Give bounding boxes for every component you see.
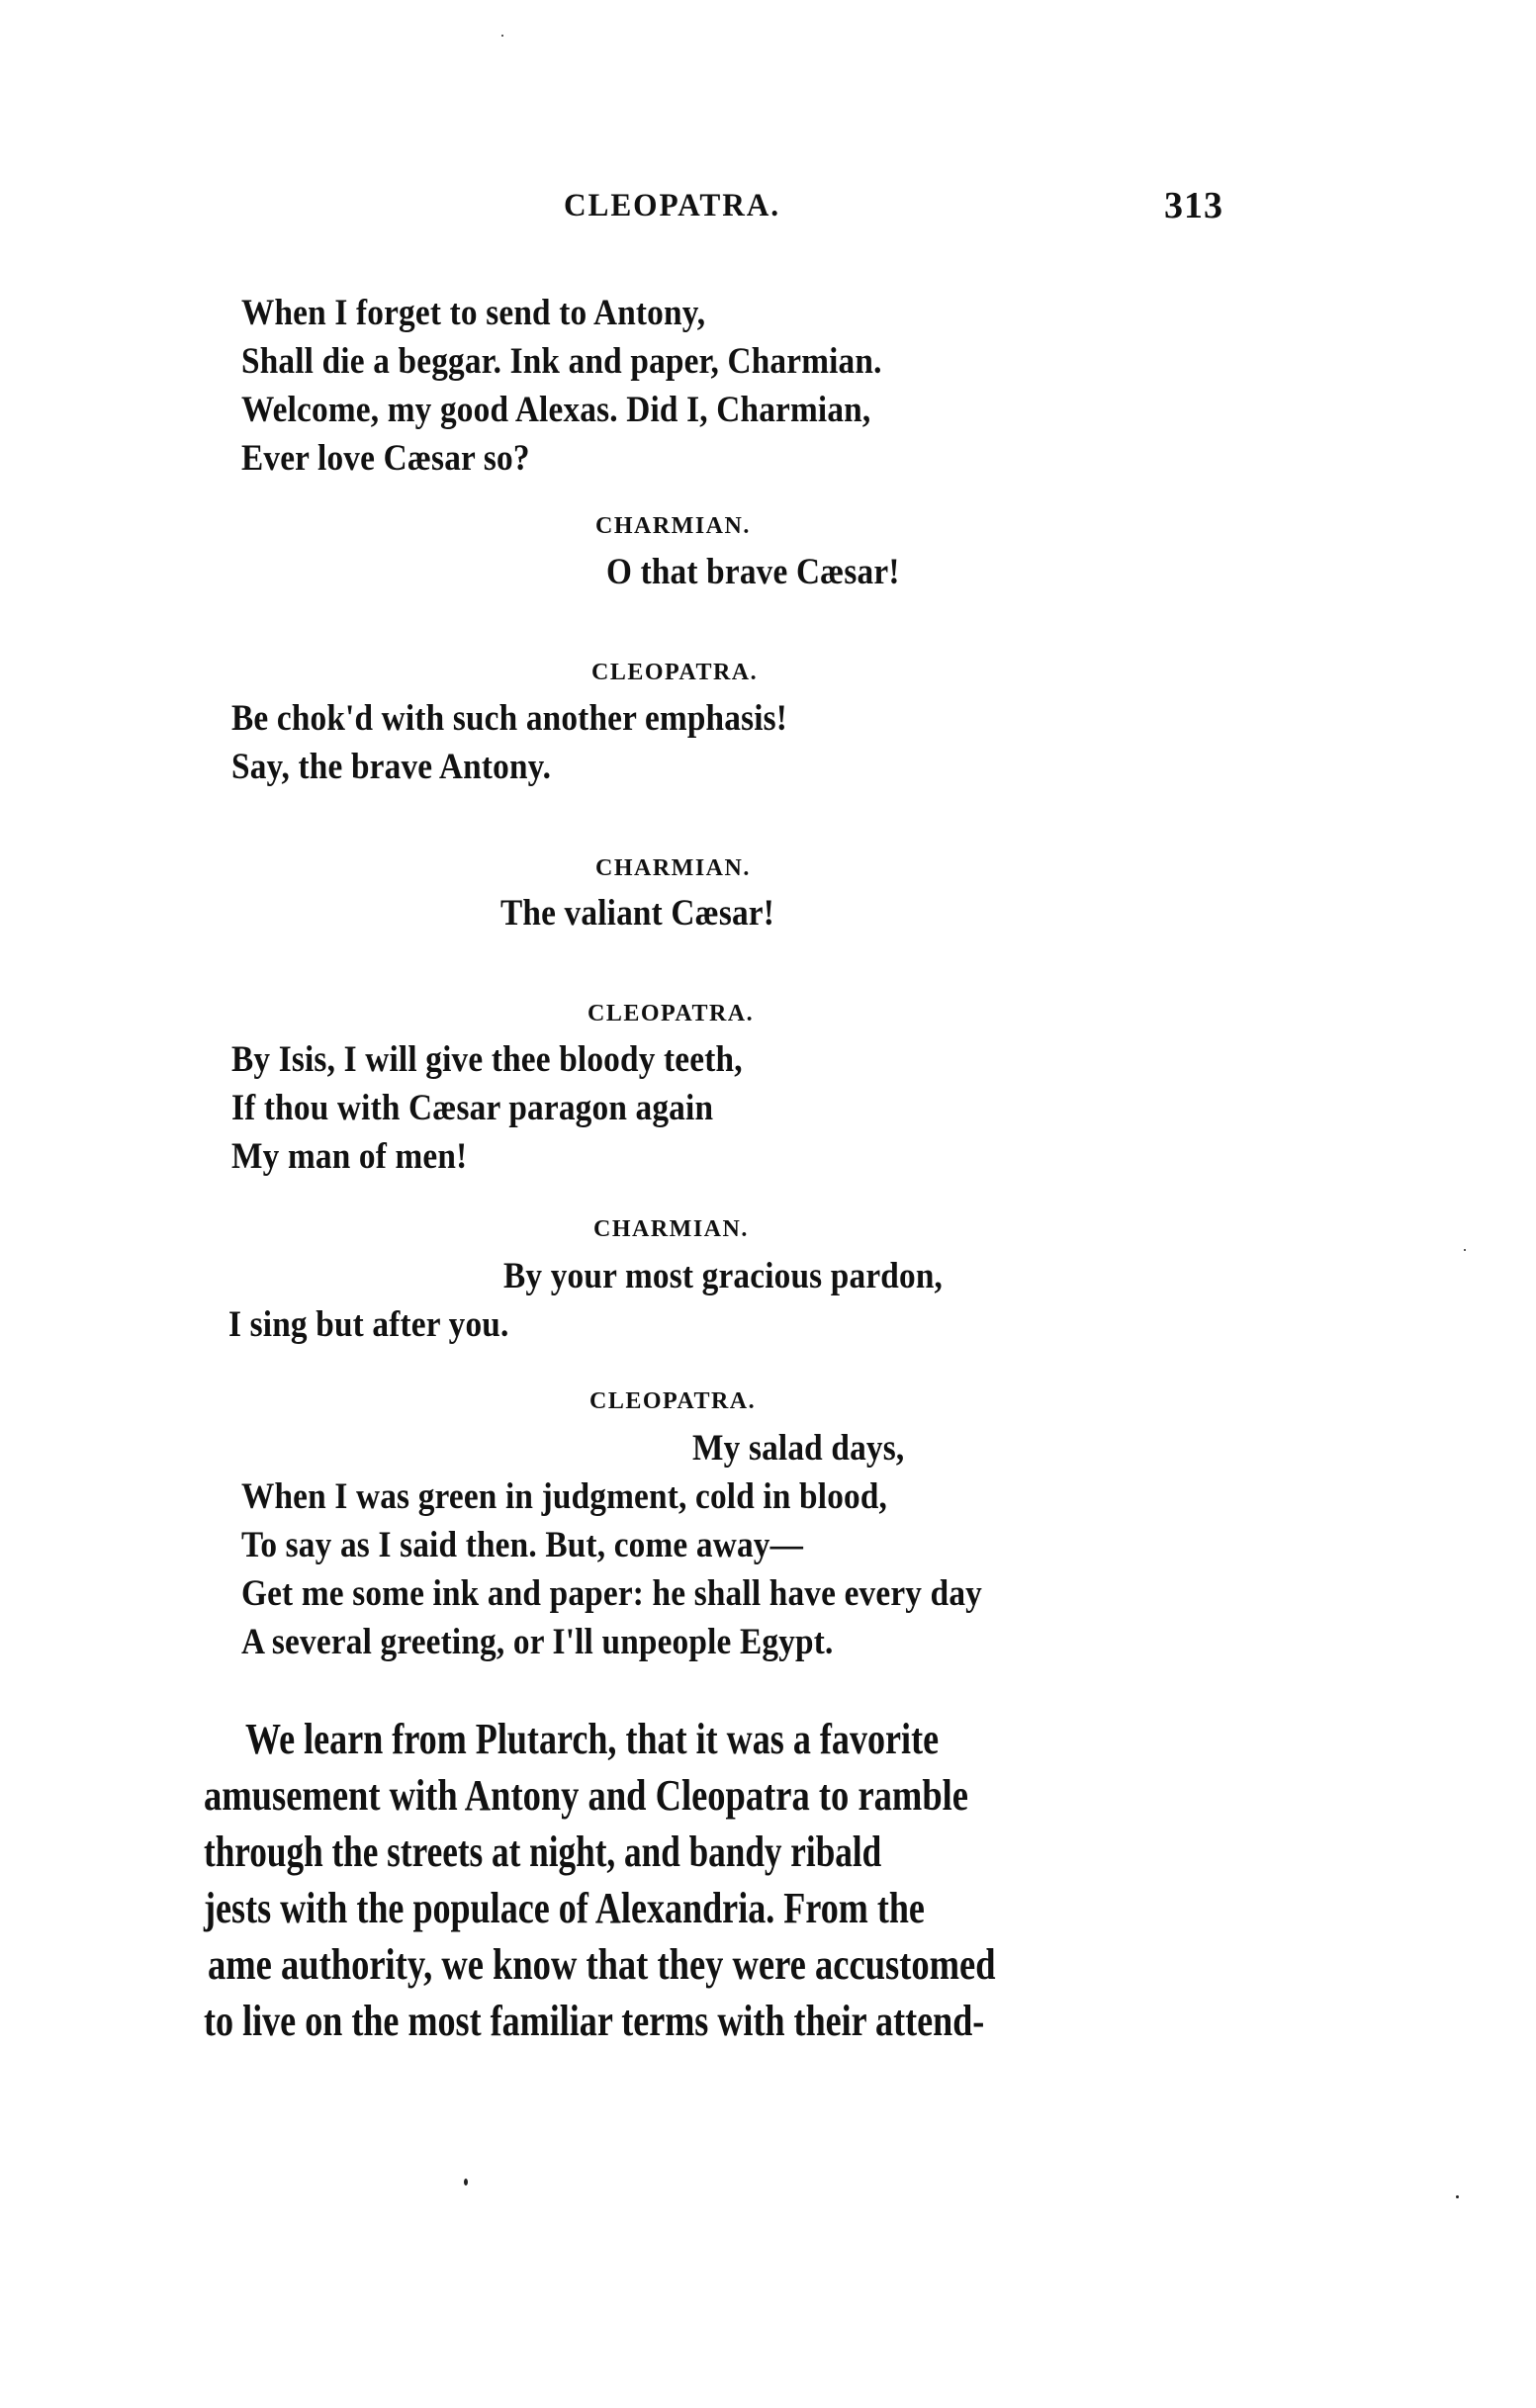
speaker-name: CHARMIAN.: [593, 1217, 749, 1241]
scan-speck: [464, 2179, 468, 2185]
prose-line: ame authority, we know that they were ac…: [208, 1943, 996, 1987]
verse-line: A several greeting, or I'll unpeople Egy…: [241, 1624, 834, 1660]
verse-line: I sing but after you.: [228, 1306, 508, 1343]
verse-line: My salad days,: [692, 1430, 904, 1467]
verse-line: My man of men!: [231, 1138, 467, 1175]
verse-line: Get me some ink and paper: he shall have…: [241, 1575, 982, 1612]
verse-line: Be chok'd with such another emphasis!: [231, 700, 787, 737]
prose-line: to live on the most familiar terms with …: [204, 2000, 984, 2043]
prose-line: through the streets at night, and bandy …: [204, 1830, 881, 1874]
verse-line: Welcome, my good Alexas. Did I, Charmian…: [241, 392, 870, 428]
prose-line: amusement with Antony and Cleopatra to r…: [204, 1774, 968, 1818]
verse-line: When I was green in judgment, cold in bl…: [241, 1478, 887, 1515]
verse-line: Say, the brave Antony.: [231, 749, 551, 785]
verse-line: When I forget to send to Antony,: [241, 295, 705, 331]
prose-line: We learn from Plutarch, that it was a fa…: [245, 1718, 939, 1761]
book-page: CLEOPATRA. 313 When I forget to send to …: [0, 0, 1536, 2408]
running-title: CLEOPATRA.: [564, 188, 780, 224]
verse-line: By your most gracious pardon,: [503, 1258, 943, 1294]
speaker-name: CLEOPATRA.: [589, 1389, 756, 1413]
verse-line: By Isis, I will give thee bloody teeth,: [231, 1041, 743, 1078]
scan-speck: [1464, 1249, 1466, 1251]
verse-line: Ever love Cæsar so?: [241, 440, 530, 477]
speaker-name: CHARMIAN.: [595, 856, 751, 880]
page-number: 313: [1164, 184, 1223, 227]
scan-speck: [501, 35, 503, 37]
prose-line: jests with the populace of Alexandria. F…: [204, 1887, 925, 1930]
speaker-name: CHARMIAN.: [595, 514, 751, 538]
scan-speck: [1456, 2195, 1459, 2198]
verse-line: To say as I said then. But, come away—: [241, 1527, 803, 1563]
verse-line: O that brave Cæsar!: [606, 554, 900, 590]
verse-line: If thou with Cæsar paragon again: [231, 1090, 713, 1126]
verse-line: Shall die a beggar. Ink and paper, Charm…: [241, 343, 882, 380]
speaker-name: CLEOPATRA.: [591, 661, 758, 684]
speaker-name: CLEOPATRA.: [587, 1002, 754, 1026]
verse-line: The valiant Cæsar!: [500, 895, 774, 932]
